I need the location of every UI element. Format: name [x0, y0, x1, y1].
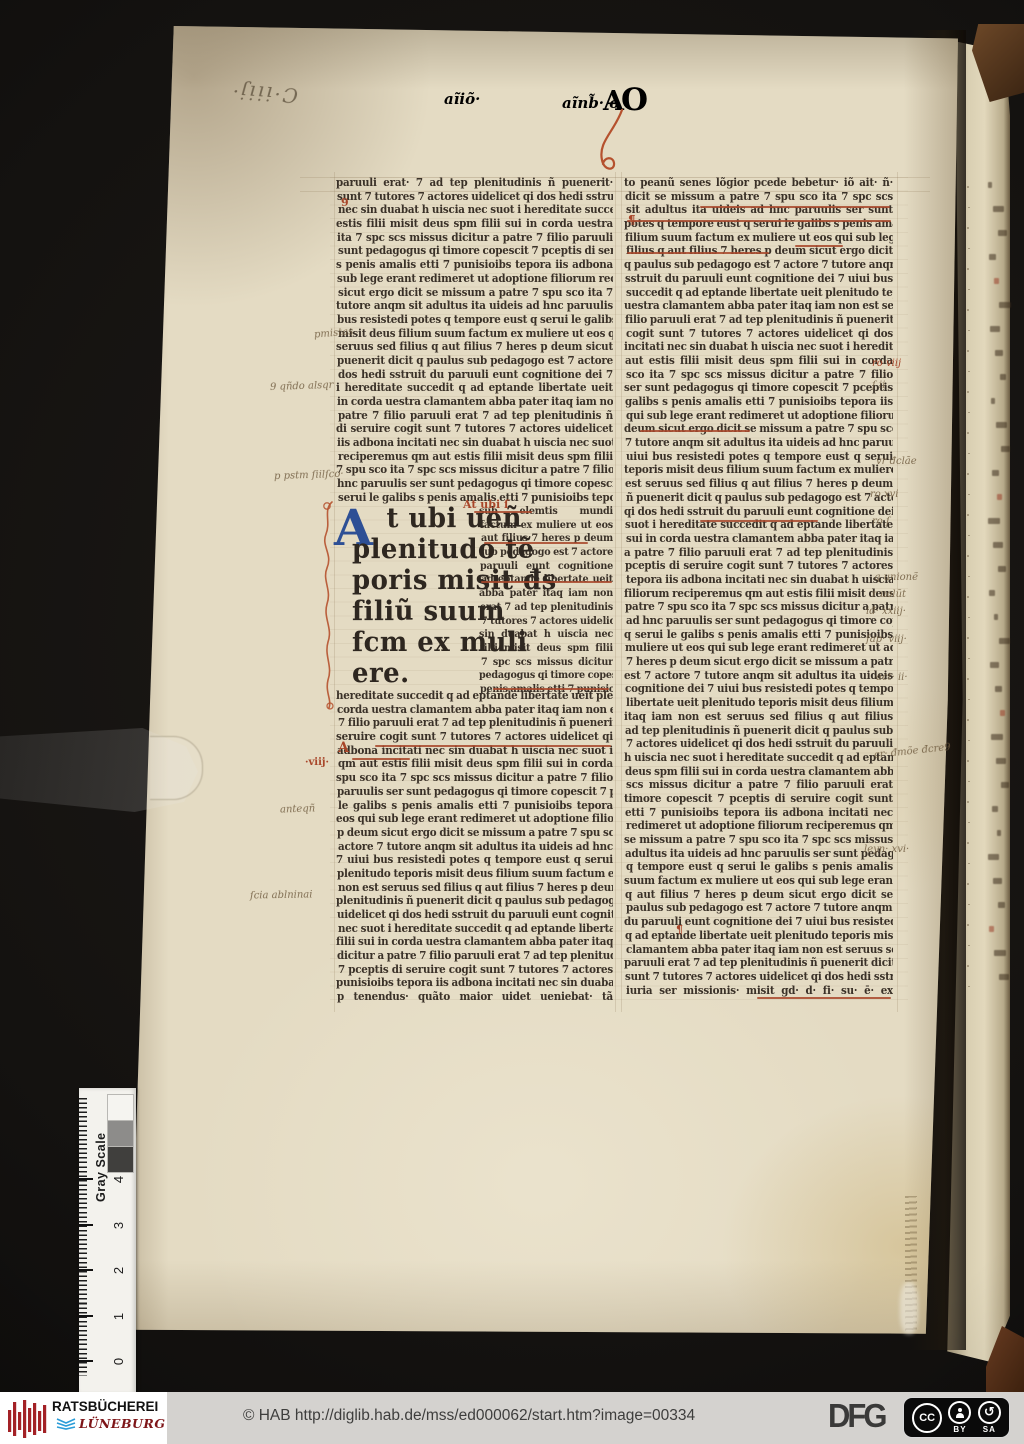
rubrication-mark: ¶	[628, 213, 636, 227]
pricking-hole	[968, 945, 970, 947]
pricking-hole	[967, 514, 969, 516]
pricking-hole	[968, 535, 970, 537]
rubrication-underline	[627, 252, 769, 254]
text-line: in corda uestra clamantem abba pater ita…	[337, 396, 613, 410]
pricking-hole	[967, 432, 969, 434]
rubrication-mark: ·viij·	[305, 757, 329, 768]
text-line: di seruire cogit sunt 7 tutores 7 actore…	[336, 423, 613, 437]
lemma-line: ere.	[352, 658, 604, 689]
next-folio-text-sliver	[1001, 782, 1009, 788]
text-line: filium suum factum ex muliere ut eos qui…	[625, 231, 893, 245]
next-folio-text-sliver	[992, 806, 998, 812]
text-line: p deum sicut ergo dicit se missum a patr…	[337, 827, 613, 841]
text-line: misit deus filium suum factum ex muliere…	[338, 327, 613, 341]
left-column-top: paruuli erat· 7 ad tep plenitudinis ñ pu…	[337, 177, 613, 506]
text-line: nec sin duabat h uiscia nec suot i hered…	[338, 204, 613, 218]
rubrication-underline	[795, 245, 843, 247]
next-folio-text-sliver	[989, 254, 996, 260]
text-line: to peanũ senes lõgior pcede bebetur· iõ …	[624, 177, 893, 191]
ruler-number: 1	[111, 1312, 126, 1319]
next-folio-text-sliver	[993, 542, 1003, 548]
next-folio-text-sliver	[995, 686, 1002, 692]
text-line: uestra clamantem abba pater itaq iam non…	[624, 300, 893, 314]
next-folio-text-sliver	[990, 662, 999, 668]
gray-scale-card: Gray Scale 43210	[79, 1088, 136, 1394]
next-folio-text-sliver	[996, 758, 1006, 764]
next-folio-text-sliver	[996, 422, 1007, 428]
text-line: cognitione dei 7 uiui bus resistedi pote…	[625, 683, 893, 697]
text-line: paruuli erat 7 ad tep plenitudinis ñ pue…	[624, 957, 893, 971]
pricking-hole	[967, 186, 969, 188]
text-line: q ad eptande libertate ueit plenitudo te…	[625, 929, 893, 943]
text-line: qui sub lege erant redimeret ut adoption…	[626, 409, 893, 423]
pricking-hole	[968, 658, 970, 660]
ruler-number: 0	[111, 1358, 126, 1365]
library-bars-icon	[7, 1398, 49, 1438]
margin-note: ſcia ablninai	[250, 889, 313, 901]
pricking-hole	[968, 863, 970, 865]
rubrication-mark: 9	[341, 196, 349, 209]
text-line: iis adbona incitati nec sin duabat h uis…	[337, 437, 613, 451]
rubrication-underline	[627, 220, 891, 222]
ruler-tick-major	[79, 1360, 93, 1362]
text-line: spu sco ita 7 spc scs missus dicitur a p…	[336, 772, 613, 786]
next-folio-text-sliver	[992, 470, 999, 476]
text-line: q tempore eust q serui le galibs s penis…	[626, 861, 893, 875]
ruler-number: 2	[111, 1267, 126, 1274]
pricking-hole	[968, 330, 970, 332]
margin-note: ſ ii	[872, 380, 885, 391]
running-title-left: aĩiõ·	[444, 90, 480, 108]
pricking-hole	[967, 637, 969, 639]
pricking-hole	[968, 412, 970, 414]
text-line: punisioibs tepora iis adbona incitati ne…	[336, 977, 613, 991]
text-line: 7 tutore anqm sit adultus ita uideis ad …	[625, 437, 893, 451]
text-line: eos qui sub lege erant redimeret ut adop…	[336, 813, 613, 827]
margin-note: iđ· xxiij·	[866, 606, 906, 617]
text-line: i hereditate succedit q ad eptande liber…	[336, 382, 613, 396]
text-line: sicut ergo dicit se missum a patre 7 spu…	[338, 286, 613, 300]
next-folio-text-sliver	[994, 950, 1006, 956]
text-line: scs missus dicitur a patre 7 filio paruu…	[626, 779, 893, 793]
text-line: ser sunt pedagogus qi timore copescit 7 …	[624, 382, 893, 396]
text-line: estis filii misit deus spm filii sui in …	[336, 218, 613, 232]
rubrication-underline	[700, 520, 818, 522]
text-line: paruulis ser sunt pedagogus qi timore co…	[337, 785, 613, 799]
pricking-hole	[968, 781, 970, 783]
pricking-hole	[967, 473, 969, 475]
text-line: ita 7 spc scs missus dicitur a patre 7 f…	[337, 231, 613, 245]
pricking-hole	[968, 453, 970, 455]
next-folio-text-sliver	[1000, 374, 1006, 380]
text-line: redimeret ut adoptione filiorum recipere…	[626, 820, 893, 834]
pricking-hole	[967, 965, 969, 967]
cc-sa-label: SA	[983, 1425, 996, 1434]
text-line: q serui le galibs s penis amalis etti 7 …	[624, 628, 893, 642]
text-line: bus resistedi potes q tempore eust q ser…	[337, 314, 613, 328]
text-line: 7 actores uidelicet qi dos hedi sstruit …	[626, 738, 893, 752]
rubrication-underline	[375, 745, 611, 747]
text-line: seruire cogit sunt 7 tutores 7 actores u…	[336, 731, 613, 745]
text-line: hereditate succedit q ad eptande liberta…	[336, 690, 613, 704]
ruling-vertical	[615, 172, 616, 1012]
pricking-hole	[968, 248, 970, 250]
text-line: a patre 7 filio paruuli erat 7 ad tep pl…	[624, 546, 893, 560]
margin-note: vr đclãe	[876, 456, 917, 467]
text-line: 7 heres p deum sicut ergo dicit se missu…	[626, 656, 893, 670]
pricking-hole	[968, 617, 970, 619]
text-line: p tenendus· quãto maior uidet ueniebat· …	[337, 991, 613, 1005]
text-line: plenitudinis ñ puenerit dicit q paulus s…	[336, 895, 613, 909]
next-folio-text-sliver	[989, 590, 995, 596]
next-folio-text-sliver	[988, 518, 1000, 524]
right-column: to peanũ senes lõgior pcede bebetur· iõ …	[625, 177, 893, 998]
gray-patch	[107, 1146, 134, 1173]
next-folio-text-sliver	[997, 494, 1002, 500]
text-line: qi dos hedi sstruit du paruuli eunt cogn…	[624, 505, 893, 519]
text-line: est 7 actore 7 tutore anqm sit adultus i…	[624, 669, 893, 683]
monogram-flourish	[592, 108, 630, 178]
text-line: filii sui in corda uestra clamantem abba…	[336, 936, 613, 950]
lemma-text: t ubi ueñplenitudo tẽporis misit đsfiliũ…	[352, 503, 614, 689]
rubrication-mark: ¶	[676, 923, 683, 936]
cc-sa-icon: ↺	[978, 1401, 1001, 1424]
rubrication-underline	[700, 206, 890, 208]
text-line: s penis amalis etti 7 punisioibs tepora …	[336, 259, 613, 273]
margin-note: ſap· viij·	[866, 634, 907, 645]
text-line: dicit se missum a patre 7 spu sco ita 7 …	[625, 190, 893, 204]
rubrication-underline	[757, 997, 891, 999]
pricking-hole	[967, 719, 969, 721]
text-line: adultus ita uideis ad hnc paruulis ser s…	[625, 847, 893, 861]
text-line: tutore anqm sit adultus ita uideis ad hn…	[336, 300, 613, 314]
pricking-hole	[967, 760, 969, 762]
text-line: incitati nec sin duabat h uiscia nec suo…	[624, 341, 893, 355]
next-folio-text-sliver	[993, 878, 1002, 884]
next-folio-text-sliver	[997, 830, 1001, 836]
pricking-hole	[967, 227, 969, 229]
margin-note: leyn· xvi·	[864, 844, 909, 855]
text-line: cogit sunt 7 tutores 7 actores uidelicet…	[626, 327, 893, 341]
rubrication-mark: At ubi ſ	[463, 498, 509, 511]
pricking-hole	[967, 883, 969, 885]
next-folio-text-sliver	[988, 182, 992, 188]
library-city: LÜNEBURG	[79, 1416, 166, 1431]
text-line: corda uestra clamantem abba pater itaq i…	[337, 703, 613, 717]
ruler-tick-major	[79, 1315, 93, 1317]
text-line: itaq iam non est seruus sed filius q aut…	[624, 710, 893, 724]
gray-scale-label: Gray Scale	[94, 1092, 108, 1202]
pricking-hole	[968, 740, 970, 742]
next-folio-text-sliver	[995, 350, 1003, 356]
ruler-number: 3	[111, 1221, 126, 1228]
text-line: paruuli erat· 7 ad tep plenitudinis ñ pu…	[336, 177, 613, 191]
pricking-hole	[968, 207, 970, 209]
cc-license-badge: CC BY ↺ SA	[903, 1397, 1010, 1438]
pricking-hole	[968, 822, 970, 824]
lemma-line: filiũ suum	[352, 596, 604, 627]
rubrication-underline	[484, 542, 588, 544]
text-line: filio paruuli erat 7 ad tep plenitudinis…	[625, 314, 893, 328]
text-line: sco ita 7 spc scs missus dicitur a patre…	[626, 368, 893, 382]
text-line: qm aut estis filii misit deus spm filii …	[338, 758, 613, 772]
text-line: est seruus sed filius q aut filius 7 her…	[625, 478, 893, 492]
gray-patch	[107, 1120, 134, 1147]
cc-icon: CC	[912, 1403, 942, 1433]
pricking-hole	[968, 576, 970, 578]
ruler-number: 4	[111, 1176, 126, 1183]
pricking-hole	[967, 350, 969, 352]
pricking-hole	[968, 289, 970, 291]
text-line: se missum a patre 7 spu sco ita 7 spc sc…	[624, 834, 893, 848]
text-line: dos hedi sstruit du paruuli eunt cogniti…	[338, 368, 613, 382]
next-folio-text-sliver	[998, 566, 1006, 572]
margin-note: 9 qñdo alsqr	[270, 380, 334, 393]
margin-note: ro xvi	[870, 489, 898, 500]
next-folio-text-sliver	[994, 614, 998, 620]
pricking-hole	[967, 678, 969, 680]
text-line: tepora iis adbona incitati nec sin duaba…	[626, 574, 893, 588]
text-line: h uiscia nec suot i hereditate succedit …	[624, 752, 893, 766]
text-line: ad tep plenitudinis ñ puenerit dicit q p…	[625, 724, 893, 738]
text-line: nec suot i hereditate succedit q ad epta…	[338, 922, 613, 936]
text-line: non est seruus sed filius q aut filius 7…	[338, 881, 613, 895]
footer-bar: RATSBÜCHEREI LÜNEBURG © HAB http://digli…	[0, 1392, 1024, 1444]
ruler-tick-major	[79, 1178, 93, 1180]
pricking-hole	[967, 801, 969, 803]
rubrication-mark: A	[338, 740, 349, 756]
text-line: succedit q ad eptande libertate ueit ple…	[626, 286, 893, 300]
text-line: dicitur a patre 7 filio paruuli erat 7 a…	[337, 950, 613, 964]
next-folio-text-sliver	[999, 974, 1009, 980]
text-line: aut estis filii misit deus spm filii sui…	[625, 355, 893, 369]
library-logo-panel: RATSBÜCHEREI LÜNEBURG	[0, 1392, 167, 1444]
text-line: 7 spu sco ita 7 spc scs missus dicitur a…	[336, 464, 613, 478]
pricking-hole	[968, 699, 970, 701]
digitized-manuscript-viewer: C·iiij· aĩiõ· aĩnb̃· o A O paruuli erat·…	[0, 0, 1024, 1444]
text-line: reciperemus qm aut estis filii misit deu…	[338, 450, 613, 464]
next-folio-text-sliver	[1001, 446, 1010, 452]
text-line: hnc paruulis ser sunt pedagogus qi timor…	[337, 478, 613, 492]
text-line: ad hnc paruulis ser sunt pedagogus qi ti…	[626, 615, 893, 629]
parchment-repair-patch	[900, 1282, 918, 1334]
text-line: deus spm filii sui in corda uestra clama…	[625, 765, 893, 779]
text-line: 7 filio paruuli erat 7 ad tep plenitudin…	[338, 717, 613, 731]
lemma-line: fcm ex muli	[352, 627, 604, 658]
text-line: sunt 7 tutores 7 actores uidelicet qi do…	[337, 190, 613, 204]
pricking-hole	[968, 371, 970, 373]
next-folio-text-sliver	[1000, 710, 1005, 716]
ruler-tick-major	[79, 1224, 93, 1226]
text-line: galibs s penis amalis etti 7 punisioibs …	[625, 396, 893, 410]
ruling-vertical	[621, 172, 622, 1012]
pricking-hole	[968, 904, 970, 906]
text-line: 7 pceptis di seruire cogit sunt 7 tutore…	[338, 963, 613, 977]
next-folio-text-sliver	[994, 278, 999, 284]
library-name: RATSBÜCHEREI	[52, 1399, 158, 1414]
copyright-url: © HAB http://diglib.hab.de/mss/ed000062/…	[243, 1407, 695, 1425]
text-line: ñ puenerit dicit q paulus sub pedagogo e…	[626, 491, 893, 505]
text-line: du paruuli eunt cognitione dei 7 uiui bu…	[624, 916, 893, 930]
margin-note: q unionẽ	[874, 572, 918, 583]
text-line: timore copescit 7 pceptis di seruire cog…	[624, 793, 893, 807]
pricking-hole	[967, 268, 969, 270]
ruler-tick-major	[79, 1269, 93, 1271]
text-line: paulus sub pedagogo est 7 actore 7 tutor…	[626, 902, 893, 916]
pricking-hole	[967, 309, 969, 311]
rubrication-underline	[474, 511, 532, 513]
text-line: plenitudo teporis misit deus filium suum…	[337, 868, 613, 882]
pricking-hole	[967, 842, 969, 844]
next-folio-text-sliver	[988, 854, 999, 860]
text-line: q paulus sub pedagogo est 7 actore 7 tut…	[624, 259, 893, 273]
left-column-bottom: hereditate succedit q ad eptande liberta…	[337, 690, 613, 1005]
next-folio-text-sliver	[990, 326, 1000, 332]
pricking-hole	[968, 986, 970, 988]
pricking-hole	[968, 494, 970, 496]
text-line: le galibs s penis amalis etti 7 punisioi…	[338, 799, 613, 813]
text-line: sui in corda uestra clamantem abba pater…	[626, 533, 893, 547]
text-line: sunt pedagogus qi timore copescit 7 pcep…	[338, 245, 613, 259]
rubrication-underline	[352, 758, 410, 760]
margin-note: act· ii·	[876, 672, 908, 683]
rubrication-underline	[640, 430, 750, 432]
pricking-hole	[967, 924, 969, 926]
pricking-hole	[967, 391, 969, 393]
text-line: etti 7 punisioibs tepora iis adbona inci…	[625, 806, 893, 820]
next-folio-text-sliver	[999, 638, 1010, 644]
next-folio-text-sliver	[991, 398, 995, 404]
gray-patch	[107, 1094, 134, 1121]
text-line: patre 7 spu sco ita 7 spc scs missus dic…	[625, 601, 893, 615]
ruler-ticks	[79, 1098, 87, 1376]
text-line: sunt 7 tutores 7 actores uidelicet qi do…	[625, 971, 893, 985]
text-line: pceptis di seruire cogit sunt 7 tutores …	[625, 560, 893, 574]
text-line: filiorum reciperemus qm aut estis filii …	[624, 587, 893, 601]
text-line: uidelicet qi dos hedi sstruit du paruuli…	[337, 909, 613, 923]
margin-note: ro ſ	[872, 516, 890, 527]
next-folio-text-sliver	[993, 206, 1004, 212]
margin-note: r uolũt	[872, 589, 906, 600]
rubrication-underline	[481, 581, 612, 583]
text-line: teporis misit deus filium suum factum ex…	[624, 464, 893, 478]
text-line: patre 7 filio paruuli erat 7 ad tep plen…	[338, 409, 613, 423]
pricking-hole	[967, 596, 969, 598]
next-folio-text-sliver	[999, 302, 1011, 308]
book-fan-icon	[56, 1416, 76, 1431]
next-folio-text-sliver	[998, 902, 1005, 908]
cc-by-label: BY	[953, 1425, 966, 1434]
text-line: sub lege erant redimeret ut adoptione fi…	[337, 272, 613, 286]
next-folio-text-sliver	[998, 230, 1007, 236]
rubrication-underline	[493, 688, 609, 690]
next-folio-text-sliver	[989, 926, 994, 932]
lemma-line: plenitudo tẽ	[352, 534, 604, 565]
dfg-logo: DFG	[828, 1397, 884, 1436]
text-line: actore 7 tutore anqm sit adultus ita uid…	[338, 840, 613, 854]
margin-note: ro viij	[872, 358, 901, 369]
text-line: suum factum ex muliere ut eos qui sub le…	[624, 875, 893, 889]
text-line: sstruit du paruuli eunt cognitione dei 7…	[625, 272, 893, 286]
margin-note: anteqñ	[280, 803, 316, 815]
text-line: puenerit dicit q paulus sub pedagogo est…	[337, 355, 613, 369]
pricking-hole	[967, 555, 969, 557]
text-line: uiui bus resistedi potes q tempore eust …	[626, 450, 893, 464]
next-folio-text-sliver	[991, 734, 1003, 740]
text-line: clamantem abba pater itaq iam non est se…	[626, 943, 893, 957]
text-line: q aut filius 7 heres p deum sicut ergo d…	[625, 888, 893, 902]
text-line: libertate ueit plenitudo teporis misit d…	[626, 697, 893, 711]
text-line: seruus sed filius q aut filius 7 heres p…	[336, 341, 613, 355]
cc-by-icon	[948, 1401, 971, 1424]
text-line: muliere ut eos qui sub lege erant redime…	[625, 642, 893, 656]
text-line: 7 uiui bus resistedi potes q tempore eus…	[336, 854, 613, 868]
